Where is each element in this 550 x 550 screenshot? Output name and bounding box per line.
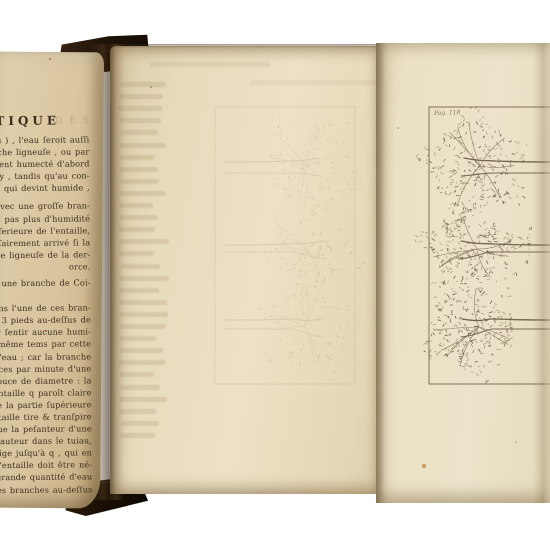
showthrough-text-line bbox=[120, 118, 161, 123]
showthrough-text-line bbox=[121, 433, 155, 438]
showthrough-header-line bbox=[150, 62, 270, 67]
text-line: ns le même tems par cette bbox=[0, 338, 91, 351]
showthrough-text-line bbox=[121, 179, 160, 184]
showthrough-text-line bbox=[120, 312, 168, 317]
showthrough-header-line bbox=[250, 80, 380, 85]
showthrough-text-line bbox=[119, 94, 163, 99]
showthrough-text-line bbox=[120, 82, 166, 87]
photo-of-open-book: Pag. 118aq TIQUE D E S nt cru ) , l'eau … bbox=[0, 0, 550, 550]
plate-illustration: Pag. 118aq bbox=[376, 43, 550, 503]
foxing-speck bbox=[422, 464, 425, 467]
showthrough-text-line bbox=[119, 227, 155, 232]
text-line: l'inferieure de l'entaille, bbox=[0, 224, 90, 237]
plate-caption: Pag. 118 bbox=[433, 109, 461, 117]
text-line: ſur une branche de Coi- bbox=[0, 276, 91, 289]
showthrough-text-line bbox=[120, 155, 154, 160]
showthrough-text-line bbox=[119, 288, 159, 293]
showthrough-text-line bbox=[119, 409, 156, 414]
text-line: tité d'eau ; car la branche bbox=[0, 350, 91, 363]
showthrough-text-line bbox=[120, 143, 166, 148]
showthrough-text-line bbox=[119, 397, 167, 402]
showthrough-text-line bbox=[118, 106, 161, 111]
showthrough-text-line bbox=[120, 324, 167, 329]
plate-point-label: q bbox=[525, 259, 529, 265]
text-line: nce avec une groſſe bran- bbox=[0, 200, 90, 213]
showthrough-text-line bbox=[120, 348, 163, 353]
showthrough-text-line bbox=[121, 130, 159, 135]
showthrough-text-line bbox=[119, 300, 167, 305]
showthrough-text-line bbox=[121, 421, 159, 426]
showthrough-text-line bbox=[119, 360, 165, 365]
plate-point-label: a bbox=[529, 226, 532, 232]
text-line: ré la grande quantité d'eau bbox=[0, 471, 92, 484]
showthrough-text-line bbox=[119, 251, 154, 256]
running-title-showthrough: D E S bbox=[55, 116, 91, 126]
text-line: orce. bbox=[0, 260, 90, 273]
showthrough-text-line bbox=[119, 239, 169, 244]
showthrough-text-line bbox=[120, 191, 166, 196]
showthrough-text-line bbox=[119, 167, 158, 172]
showthrough-text-line bbox=[120, 336, 156, 341]
text-line: ieure qui devint humide , bbox=[0, 182, 90, 195]
showthrough-text-line bbox=[120, 372, 154, 377]
text-column: nt cru ) , l'eau ſeroit auſſicouche lign… bbox=[0, 133, 92, 496]
showthrough-text-line bbox=[121, 385, 160, 390]
text-line: ge & les branches au-deſſus bbox=[0, 483, 92, 496]
showthrough-text-line bbox=[120, 215, 157, 220]
showthrough-engraving bbox=[110, 46, 380, 494]
showthrough-text-line bbox=[121, 264, 160, 269]
text-line: ne vis pas plus d'humidité bbox=[0, 212, 90, 225]
running-title: TIQUE bbox=[0, 114, 60, 129]
text-page: TIQUE D E S nt cru ) , l'eau ſeroit auſſ… bbox=[0, 52, 104, 509]
showthrough-text-line bbox=[119, 276, 169, 281]
foxing-speck bbox=[397, 127, 399, 129]
text-line: 2 pouces par minute d'une bbox=[0, 362, 91, 375]
